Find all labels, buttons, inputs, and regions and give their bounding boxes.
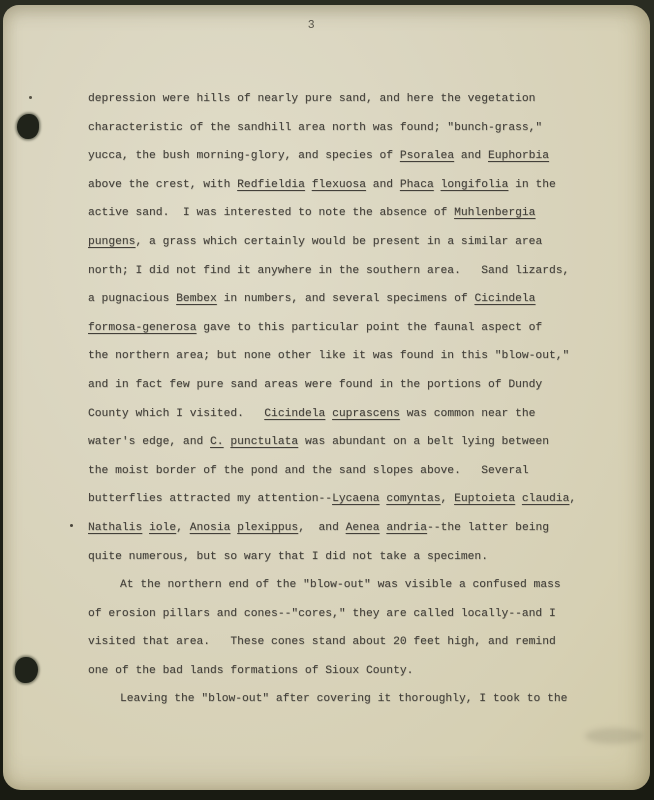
text-segment: butterflies attracted my attention-- [88,493,332,505]
underlined-species-name: longifolia [441,179,509,191]
text-line: characteristic of the sandhill area nort… [88,114,608,143]
text-segment: yucca, the bush morning-glory, and speci… [88,150,400,162]
underlined-species-name: andria [386,522,427,534]
underlined-species-name: claudia [522,493,569,505]
text-segment: , [569,493,576,505]
text-segment: At the northern end of the "blow-out" wa… [120,579,561,591]
underlined-species-name: Euptoieta [454,493,515,505]
stray-ink-mark [70,524,73,527]
underlined-species-name: Anosia [190,522,231,534]
text-line: pungens, a grass which certainly would b… [88,228,608,257]
ink-speck [29,96,32,99]
text-line: a pugnacious Bembex in numbers, and seve… [88,285,608,314]
document-page: 3 depression were hills of nearly pure s… [3,5,650,790]
text-segment: and [454,150,488,162]
scan-background: { "page": { "number": "3" }, "colors": {… [0,0,654,800]
text-line: above the crest, with Redfieldia flexuos… [88,171,608,200]
underlined-species-name: Redfieldia [237,179,305,191]
text-line: visited that area. These cones stand abo… [88,628,608,657]
text-line: County which I visited. Cicindela cupras… [88,400,608,429]
text-segment: was common near the [400,408,536,420]
text-segment: and in fact few pure sand areas were fou… [88,379,542,391]
underlined-species-name: Aenea [346,522,380,534]
text-segment: north; I did not find it anywhere in the… [88,265,569,277]
text-line: water's edge, and C. punctulata was abun… [88,428,608,457]
text-segment: , a grass which certainly would be prese… [135,236,542,248]
text-line: butterflies attracted my attention--Lyca… [88,485,608,514]
text-segment: , and [298,522,345,534]
underlined-species-name: Nathalis [88,522,142,534]
underlined-species-name: Euphorbia [488,150,549,162]
text-segment [515,493,522,505]
text-line: quite numerous, but so wary that I did n… [88,543,608,572]
text-line: At the northern end of the "blow-out" wa… [88,571,608,600]
text-segment: the moist border of the pond and the san… [88,465,529,477]
text-segment: in numbers, and several specimens of [217,293,475,305]
text-segment: was abundant on a belt lying between [298,436,549,448]
underlined-species-name: Cicindela [264,408,325,420]
underlined-species-name: punctulata [230,436,298,448]
text-segment: visited that area. These cones stand abo… [88,636,556,648]
text-segment: , [176,522,190,534]
text-line: the northern area; but none other like i… [88,342,608,371]
text-segment [434,179,441,191]
underlined-species-name: pungens [88,236,135,248]
text-segment: Leaving the "blow-out" after covering it… [120,693,567,705]
underlined-species-name: Muhlenbergia [454,207,535,219]
text-segment: water's edge, and [88,436,210,448]
text-line: of erosion pillars and cones--"cores," t… [88,600,608,629]
underlined-species-name: formosa-generosa [88,322,196,334]
underlined-species-name: flexuosa [312,179,366,191]
text-segment: active sand. I was interested to note th… [88,207,454,219]
text-segment: --the latter being [427,522,549,534]
text-segment: characteristic of the sandhill area nort… [88,122,542,134]
text-segment: a pugnacious [88,293,176,305]
underlined-species-name: Phaca [400,179,434,191]
text-segment: one of the bad lands formations of Sioux… [88,665,413,677]
text-line: and in fact few pure sand areas were fou… [88,371,608,400]
text-line: Leaving the "blow-out" after covering it… [88,685,608,714]
underlined-species-name: Psoralea [400,150,454,162]
underlined-species-name: Lycaena [332,493,379,505]
text-segment: County which I visited. [88,408,264,420]
underlined-species-name: plexippus [237,522,298,534]
underlined-species-name: iole [149,522,176,534]
text-segment: quite numerous, but so wary that I did n… [88,551,488,563]
text-line: one of the bad lands formations of Sioux… [88,657,608,686]
text-line: north; I did not find it anywhere in the… [88,257,608,286]
text-line: yucca, the bush morning-glory, and speci… [88,142,608,171]
underlined-species-name: C. [210,436,224,448]
text-line: Nathalis iole, Anosia plexippus, and Aen… [88,514,608,543]
text-segment: in the [508,179,555,191]
text-block: depression were hills of nearly pure san… [88,85,608,714]
text-segment [305,179,312,191]
text-line: depression were hills of nearly pure san… [88,85,608,114]
underlined-species-name: cuprascens [332,408,400,420]
text-segment: depression were hills of nearly pure san… [88,93,535,105]
pencil-smudge [585,728,643,744]
text-line: formosa-generosa gave to this particular… [88,314,608,343]
page-number: 3 [3,19,620,32]
underlined-species-name: Cicindela [474,293,535,305]
underlined-species-name: comyntas [386,493,440,505]
text-segment [142,522,149,534]
hole-punch-top [17,114,39,139]
text-segment: and [366,179,400,191]
underlined-species-name: Bembex [176,293,217,305]
text-segment: gave to this particular point the faunal… [196,322,542,334]
text-segment: , [441,493,455,505]
text-segment: the northern area; but none other like i… [88,350,569,362]
text-line: active sand. I was interested to note th… [88,199,608,228]
text-line: the moist border of the pond and the san… [88,457,608,486]
text-segment: of erosion pillars and cones--"cores," t… [88,608,556,620]
text-segment: above the crest, with [88,179,237,191]
